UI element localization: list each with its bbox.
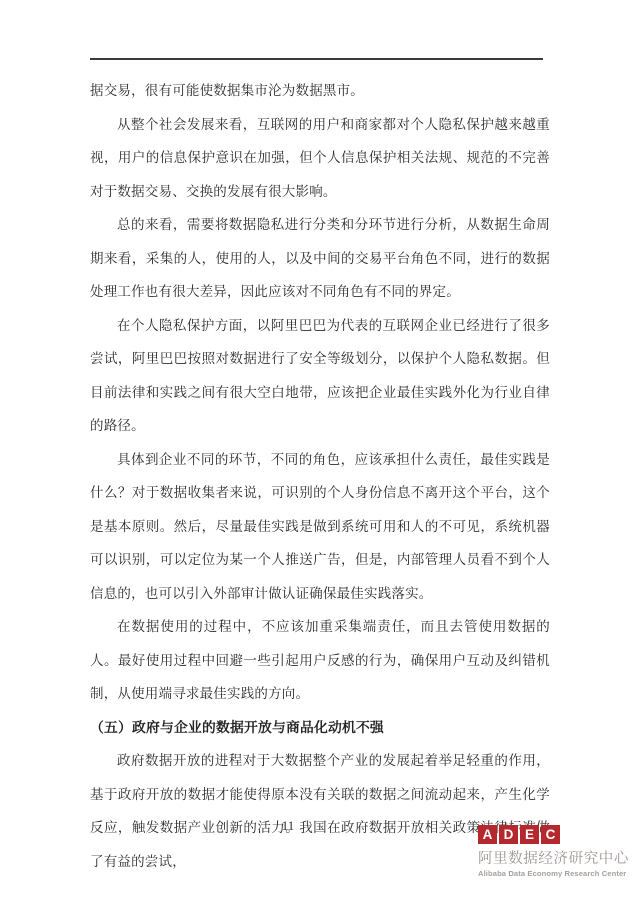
paragraph: 总的来看，需要将数据隐私进行分类和分环节进行分析，从数据生命周期来看，采集的人，… bbox=[90, 208, 550, 309]
logo-name-chinese: 阿里数据经济研究中心 bbox=[478, 847, 630, 868]
logo-letter-tile: E bbox=[520, 825, 539, 844]
logo-letter-tile: D bbox=[499, 825, 518, 844]
paragraph: 从整个社会发展来看，互联网的用户和商家都对个人隐私保护越来越重视，用户的信息保护… bbox=[90, 108, 550, 209]
logo-name-english: Alibaba Data Economy Research Center bbox=[478, 869, 630, 878]
document-page: 据交易，很有可能使数据集市沦为数据黑市。 从整个社会发展来看，互联网的用户和商家… bbox=[0, 0, 640, 905]
header-rule bbox=[90, 58, 543, 60]
document-body: 据交易，很有可能使数据集市沦为数据黑市。 从整个社会发展来看，互联网的用户和商家… bbox=[90, 74, 550, 878]
paragraph: 在数据使用的过程中，不应该加重采集端责任，而且去管使用数据的人。最好使用过程中回… bbox=[90, 610, 550, 711]
adec-logo-tiles: A D E C bbox=[478, 825, 630, 844]
adec-logo: A D E C 阿里数据经济研究中心 Alibaba Data Economy … bbox=[478, 825, 630, 878]
logo-letter-tile: C bbox=[541, 825, 560, 844]
page-number: 11 bbox=[272, 818, 304, 834]
paragraph-continuation: 据交易，很有可能使数据集市沦为数据黑市。 bbox=[90, 74, 550, 108]
paragraph: 具体到企业不同的环节，不同的角色，应该承担什么责任，最佳实践是什么？对于数据收集… bbox=[90, 443, 550, 611]
section-heading: （五）政府与企业的数据开放与商品化动机不强 bbox=[90, 711, 550, 745]
logo-letter-tile: A bbox=[478, 825, 497, 844]
paragraph: 在个人隐私保护方面，以阿里巴巴为代表的互联网企业已经进行了很多尝试，阿里巴巴按照… bbox=[90, 309, 550, 443]
